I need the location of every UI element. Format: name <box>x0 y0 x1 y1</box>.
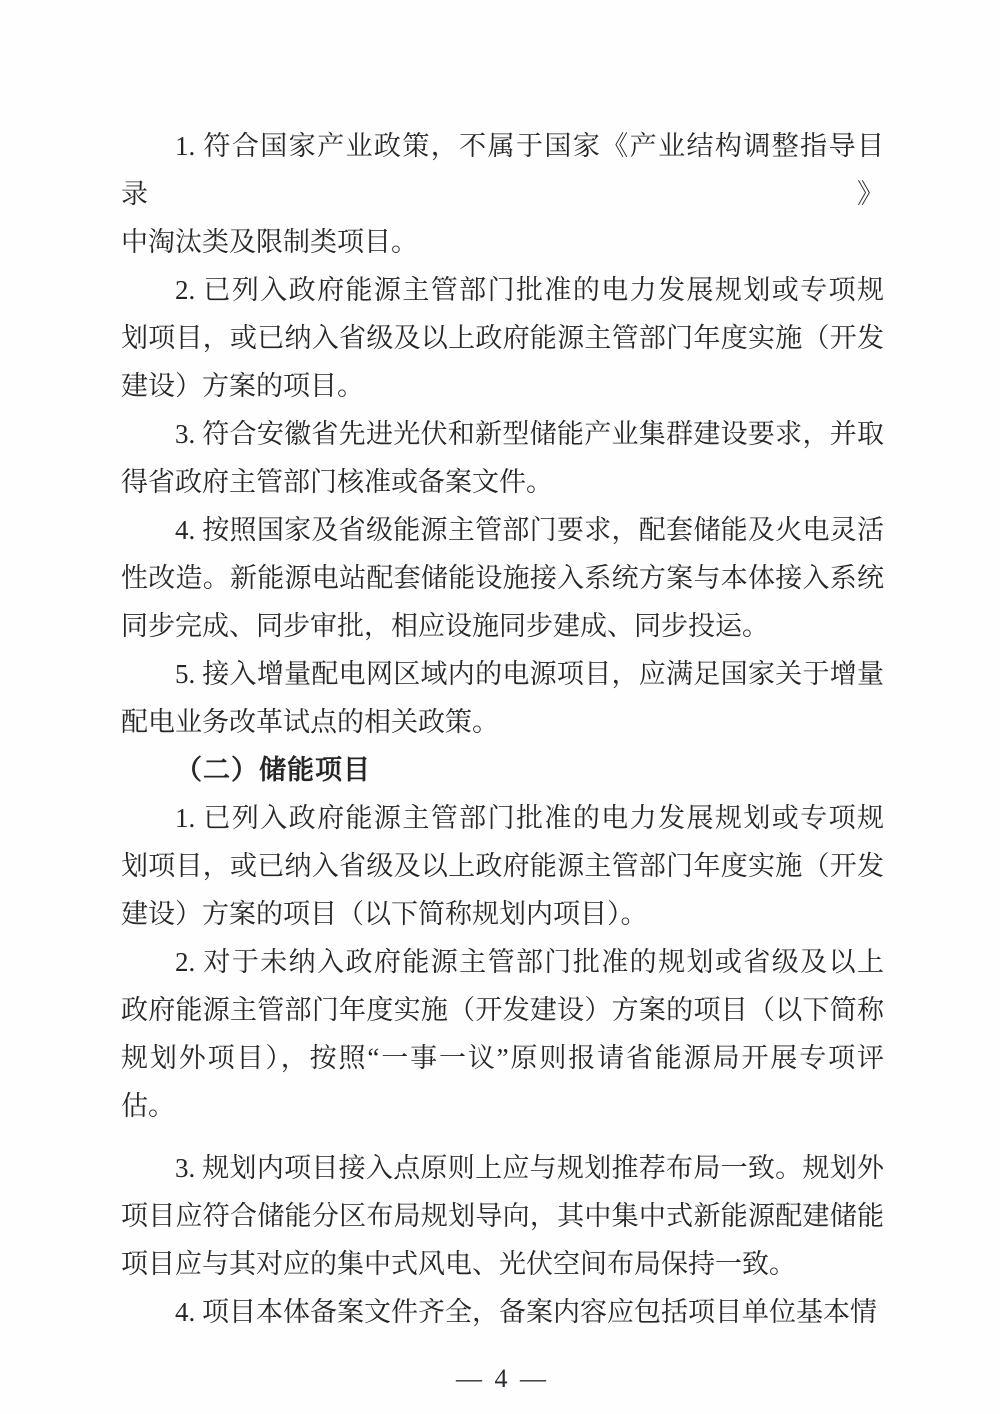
text-line: 同步完成、同步审批，相应设施同步建成、同步投运。 <box>121 602 884 650</box>
paragraph: 4. 按照国家及省级能源主管部门要求，配套储能及火电灵活 性改造。新能源电站配套… <box>121 506 884 650</box>
text-line: 1. 已列入政府能源主管部门批准的电力发展规划或专项规 <box>121 794 884 842</box>
text-line: 得省政府主管部门核准或备案文件。 <box>121 458 884 506</box>
text-line: 规划外项目），按照“一事一议”原则报请省能源局开展专项评 <box>121 1034 884 1082</box>
text-line: 5. 接入增量配电网区域内的电源项目，应满足国家关于增量 <box>121 650 884 698</box>
paragraph: 1. 符合国家产业政策，不属于国家《产业结构调整指导目录》 中淘汰类及限制类项目… <box>121 122 884 266</box>
section-heading: （二）储能项目 <box>121 746 884 794</box>
text-line: 2. 对于未纳入政府能源主管部门批准的规划或省级及以上 <box>121 938 884 986</box>
text-line: 政府能源主管部门年度实施（开发建设）方案的项目（以下简称 <box>121 986 884 1034</box>
paragraph: 1. 已列入政府能源主管部门批准的电力发展规划或专项规 划项目，或已纳入省级及以… <box>121 794 884 938</box>
paragraph: 4. 项目本体备案文件齐全，备案内容应包括项目单位基本情 <box>121 1288 884 1336</box>
text-line: 估。 <box>121 1082 884 1130</box>
text-line: 配电业务改革试点的相关政策。 <box>121 698 884 746</box>
text-line: 1. 符合国家产业政策，不属于国家《产业结构调整指导目录》 <box>121 122 884 218</box>
document-page: 1. 符合国家产业政策，不属于国家《产业结构调整指导目录》 中淘汰类及限制类项目… <box>0 0 1000 1414</box>
text-line: 中淘汰类及限制类项目。 <box>121 218 884 266</box>
text-line: 划项目，或已纳入省级及以上政府能源主管部门年度实施（开发 <box>121 314 884 362</box>
text-line: 3. 规划内项目接入点原则上应与规划推荐布局一致。规划外 <box>121 1144 884 1192</box>
paragraph: 2. 对于未纳入政府能源主管部门批准的规划或省级及以上 政府能源主管部门年度实施… <box>121 938 884 1130</box>
text-line: 划项目，或已纳入省级及以上政府能源主管部门年度实施（开发 <box>121 842 884 890</box>
document-body: 1. 符合国家产业政策，不属于国家《产业结构调整指导目录》 中淘汰类及限制类项目… <box>121 122 884 1403</box>
text-line: 4. 项目本体备案文件齐全，备案内容应包括项目单位基本情 <box>121 1288 884 1336</box>
page-number: — 4 — <box>121 1355 884 1403</box>
paragraph: 5. 接入增量配电网区域内的电源项目，应满足国家关于增量 配电业务改革试点的相关… <box>121 650 884 746</box>
text-line: 4. 按照国家及省级能源主管部门要求，配套储能及火电灵活 <box>121 506 884 554</box>
text-line: 建设）方案的项目。 <box>121 362 884 410</box>
text-line: 2. 已列入政府能源主管部门批准的电力发展规划或专项规 <box>121 266 884 314</box>
text-line: 项目应符合储能分区布局规划导向，其中集中式新能源配建储能 <box>121 1192 884 1240</box>
text-line: 建设）方案的项目（以下简称规划内项目）。 <box>121 890 884 938</box>
text-line: 项目应与其对应的集中式风电、光伏空间布局保持一致。 <box>121 1240 884 1288</box>
paragraph: 3. 规划内项目接入点原则上应与规划推荐布局一致。规划外 项目应符合储能分区布局… <box>121 1144 884 1288</box>
paragraph: 2. 已列入政府能源主管部门批准的电力发展规划或专项规 划项目，或已纳入省级及以… <box>121 266 884 410</box>
paragraph: 3. 符合安徽省先进光伏和新型储能产业集群建设要求，并取 得省政府主管部门核准或… <box>121 410 884 506</box>
text-line: 性改造。新能源电站配套储能设施接入系统方案与本体接入系统 <box>121 554 884 602</box>
text-line: 3. 符合安徽省先进光伏和新型储能产业集群建设要求，并取 <box>121 410 884 458</box>
